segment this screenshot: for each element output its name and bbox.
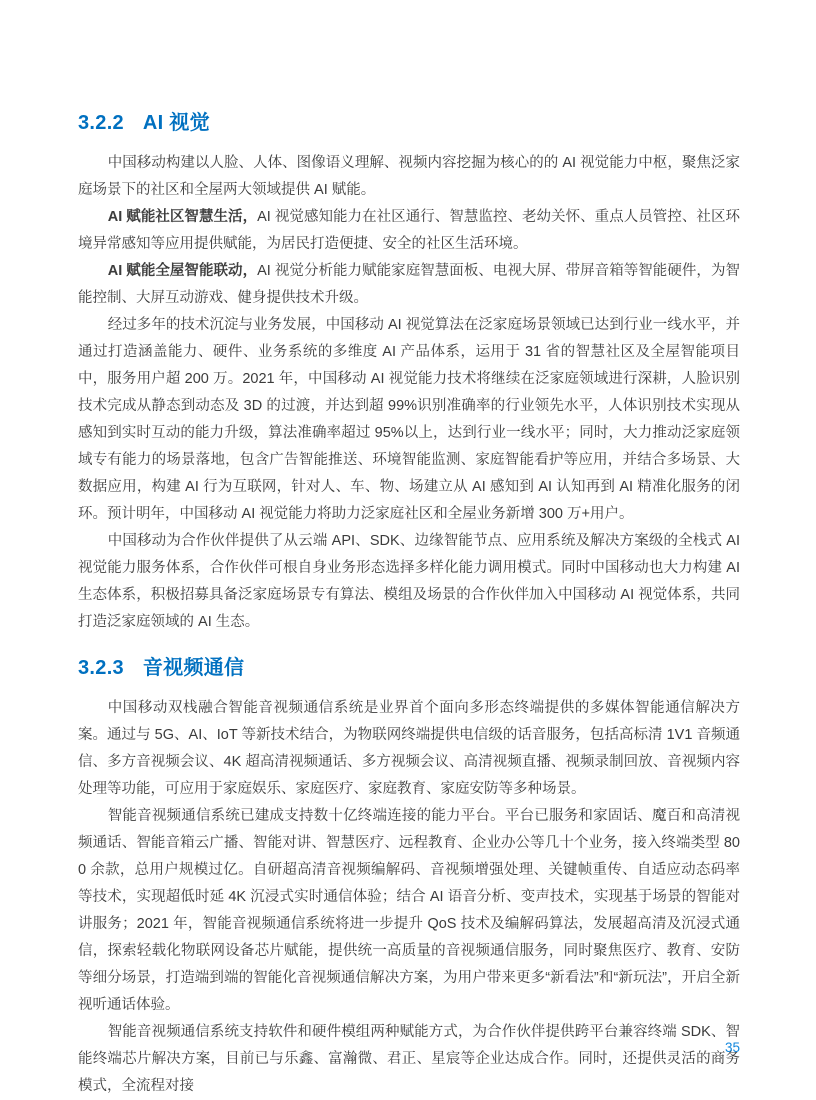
page-content: 3.2.2 AI 视觉 中国移动构建以人脸、人体、图像语义理解、视频内容挖掘为核…	[78, 0, 740, 1100]
section-heading-3-2-2: 3.2.2 AI 视觉	[78, 110, 740, 136]
paragraph-text: 中国移动双栈融合智能音视频通信系统是业界首个面向多形态终端提供的多媒体智能通信解…	[78, 700, 740, 797]
paragraph: 智能音视频通信系统支持软件和硬件模组两种赋能方式，为合作伙伴提供跨平台兼容终端 …	[78, 1019, 740, 1100]
paragraph-text: 智能音视频通信系统支持软件和硬件模组两种赋能方式，为合作伙伴提供跨平台兼容终端 …	[78, 1024, 740, 1094]
section-heading-3-2-3: 3.2.3 音视频通信	[78, 655, 740, 681]
paragraph-text: 智能音视频通信系统已建成支持数十亿终端连接的能力平台。平台已服务和家固话、魔百和…	[78, 808, 740, 1013]
paragraph-text: 中国移动构建以人脸、人体、图像语义理解、视频内容挖掘为核心的的 AI 视觉能力中…	[78, 155, 740, 198]
paragraph-lead: AI 赋能社区智慧生活，	[108, 209, 257, 225]
paragraph: 中国移动为合作伙伴提供了从云端 API、SDK、边缘智能节点、应用系统及解决方案…	[78, 528, 740, 636]
document-page: 3.2.2 AI 视觉 中国移动构建以人脸、人体、图像语义理解、视频内容挖掘为核…	[0, 0, 816, 1100]
paragraph-text: 中国移动为合作伙伴提供了从云端 API、SDK、边缘智能节点、应用系统及解决方案…	[78, 533, 740, 630]
paragraph-text: 经过多年的技术沉淀与业务发展，中国移动 AI 视觉算法在泛家庭场景领域已达到行业…	[78, 317, 740, 522]
paragraph: 中国移动双栈融合智能音视频通信系统是业界首个面向多形态终端提供的多媒体智能通信解…	[78, 695, 740, 803]
section-number: 3.2.2	[78, 112, 124, 134]
section-title: AI 视觉	[143, 112, 210, 134]
paragraph-lead: AI 赋能全屋智能联动，	[108, 263, 257, 279]
page-number: 35	[725, 1041, 740, 1055]
paragraph: AI 赋能社区智慧生活，AI 视觉感知能力在社区通行、智慧监控、老幼关怀、重点人…	[78, 204, 740, 258]
section-number: 3.2.3	[78, 657, 124, 679]
paragraph: AI 赋能全屋智能联动，AI 视觉分析能力赋能家庭智慧面板、电视大屏、带屏音箱等…	[78, 258, 740, 312]
section-title: 音视频通信	[143, 657, 245, 679]
paragraph: 智能音视频通信系统已建成支持数十亿终端连接的能力平台。平台已服务和家固话、魔百和…	[78, 803, 740, 1019]
paragraph: 经过多年的技术沉淀与业务发展，中国移动 AI 视觉算法在泛家庭场景领域已达到行业…	[78, 312, 740, 528]
paragraph: 中国移动构建以人脸、人体、图像语义理解、视频内容挖掘为核心的的 AI 视觉能力中…	[78, 150, 740, 204]
